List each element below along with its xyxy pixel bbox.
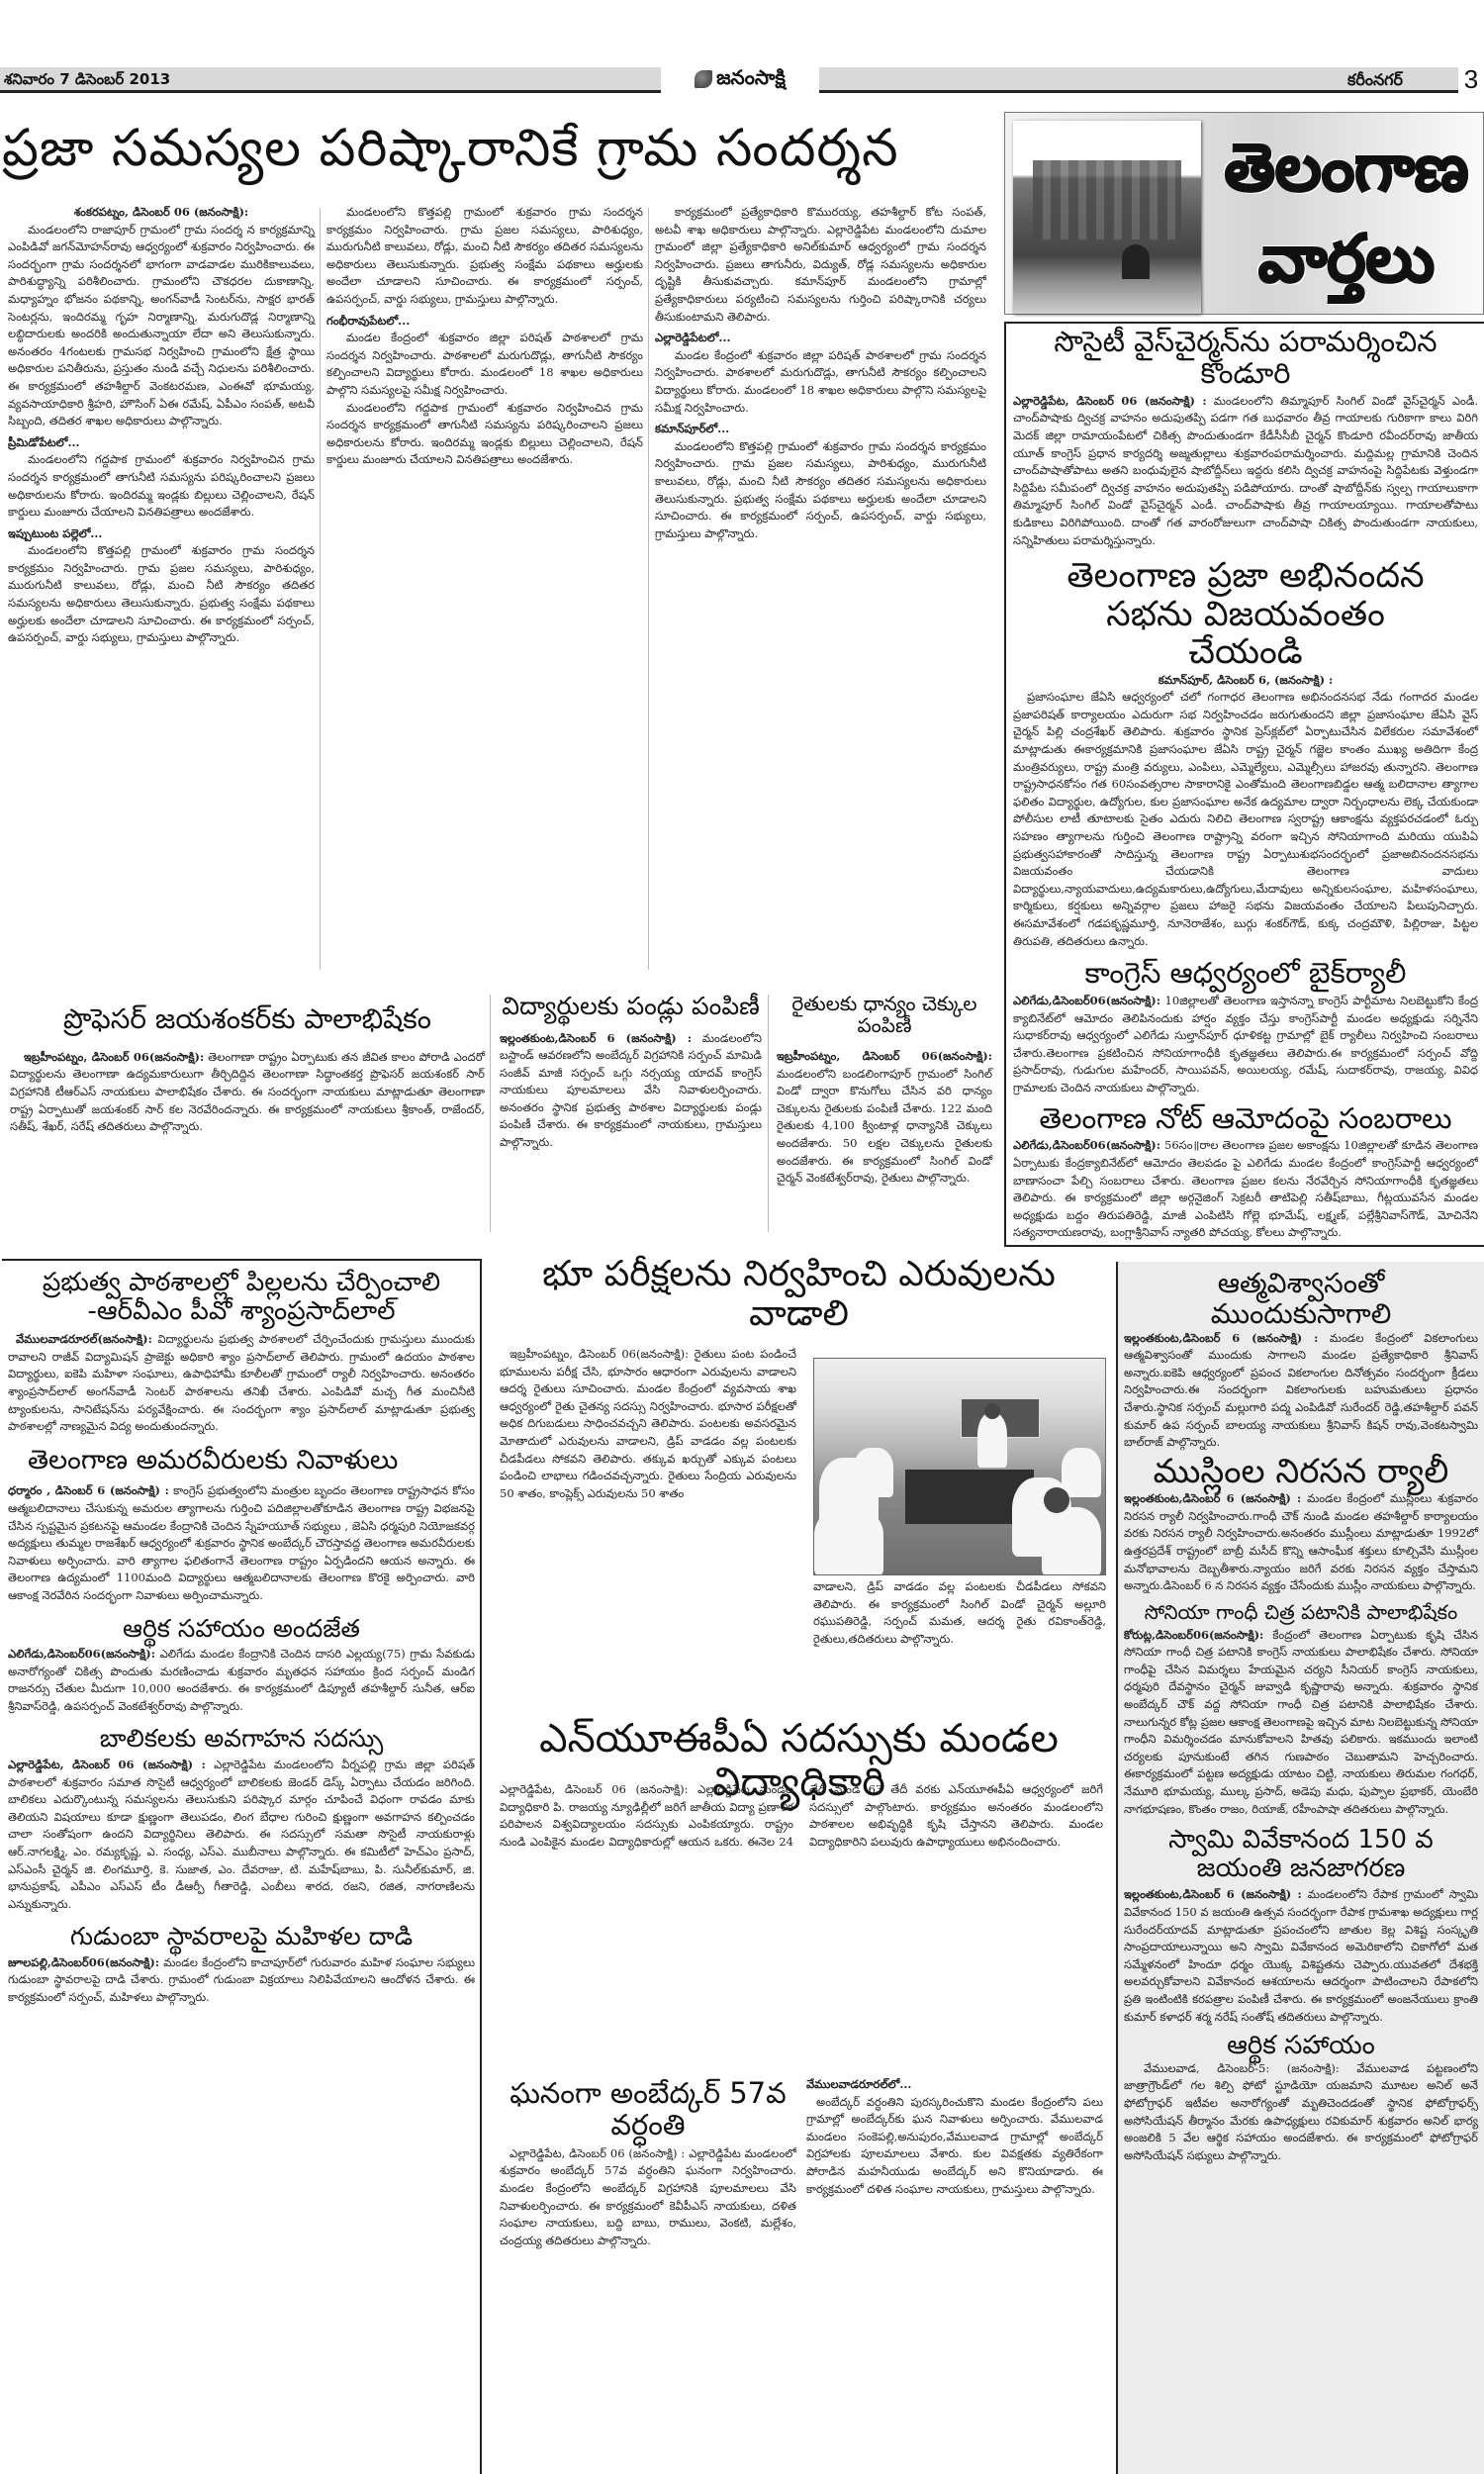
district-label: కరీంనగర్ [1347, 70, 1403, 93]
article-dateline: ఎల్లారెడ్డిపేట, డిసెంబర్ 06 (జనంసాక్షి) … [510, 2146, 685, 2160]
newspaper-logo: జనంసాక్షి [661, 61, 819, 97]
article-headline: తెలంగాణ ప్రజా అభినందన సభను విజయవంతం చేయం… [1013, 557, 1478, 672]
article-headline: బాలికలకు అవగాహన సదస్సు [8, 1725, 475, 1753]
soil-article-right: వాడాలని, డ్రిప్ వాడడం వల్ల పంటలకు చీడపీడ… [813, 1578, 1106, 1648]
article-body: మండల కేంద్రంలో ముస్లీంలు శుక్రవారం నిరసన… [1124, 1491, 1478, 1592]
column-rule [320, 208, 321, 970]
article-body: మండలంలోని రేపాక గ్రామంలో స్వామి వివేకానం… [1124, 1887, 1478, 2023]
article-headline: ప్రభుత్వ పాఠశాలల్లో పిల్లలను చేర్పించాలి [8, 1269, 475, 1297]
soil-article-left: ఇబ్రహీంపట్నం, డిసెంబర్ 06(జనంసాక్షి): రై… [500, 1346, 796, 1502]
column-rule [768, 995, 769, 1232]
article-body: మండలంలోని బస్టాండ్ ఆవరణలోని అంబేద్కర్ వి… [500, 1031, 762, 1150]
article-body: ప్రజాసంఘాల జేఏసి ఆధ్వర్యంలో చలో గంగాధర త… [1013, 689, 1478, 950]
article-body: మండల కేంద్రంలో వికలాంగులు ఆత్మవిశ్వాసంతో… [1124, 1331, 1478, 1450]
article-body: రైతులు పంట పండించే భూములను పరీక్ష చేసి, … [500, 1347, 796, 1500]
banner-title-line2: వార్తలు [1208, 214, 1484, 305]
lead-subhead-6: కమాన్‌పూర్‌లో... [655, 421, 986, 438]
lead-subhead-2: ఇప్పుటుంట పల్లెలో... [8, 525, 315, 543]
article-body: ఎల్లారెడ్డిపేట మండలంలోని వీర్నపల్లి గ్రా… [8, 1758, 475, 1911]
lead-subhead-5: ఎల్లారెడ్డిపేటలో... [655, 330, 986, 347]
article-dateline: ఎల్లారెడ్డిపేట, డిసెంబర్ 06 (జనంసాక్షి) … [8, 1758, 206, 1771]
article-dateline: ఇల్లంతకుంట,డిసెంబర్ 6 (జనంసాక్షి) : [1124, 1331, 1318, 1345]
article-dateline: వేములవాడరూరల్(జనంసాక్షి): [16, 1332, 152, 1346]
article-body: 56సం॥రాల తెలంగాణ ప్రజల అకాంక్షను 10జిల్ల… [1013, 1138, 1478, 1239]
banner-title-line1: తెలంగాణ [1208, 123, 1484, 214]
meeting-photo [813, 1358, 1106, 1575]
nuepa-article: ఎల్లారెడ్డిపేట, డిసెంబర్ 06 (జనంసాక్షి):… [500, 1781, 1103, 1851]
lead-body-3: మండలంలోని కొత్తపల్లి గ్రామంలో శుక్రవారం … [326, 204, 643, 309]
article-dateline: జూలపల్లి,డిసెంబర్06(జనంసాక్షి): [8, 1955, 159, 1969]
article-headline: ముస్లింల నిరసన ర్యాలీ [1124, 1454, 1478, 1490]
lead-dateline: శంకరపట్నం, డిసెంబర్ 06 (జనంసాక్షి): [8, 204, 315, 222]
column-rule [490, 995, 491, 1232]
article-dateline: ఇబ్రహీంపట్నం, డిసెంబర్ 06(జనంసాక్షి): [24, 1050, 204, 1064]
article-subhead: వేములవాడరూరల్‌లో... [806, 2076, 1103, 2094]
article-headline: ప్రొఫెసర్ జయశంకర్‌కు పాలాభిషేకం [10, 1004, 485, 1035]
lead-body-7: మండల కేంద్రంలో శుక్రవారం జిల్లా పరిషత్ ప… [655, 347, 986, 417]
article-headline: సొసైటీ వైస్‌చైర్మన్‌ను పరామర్శించిన కొండ… [1013, 327, 1478, 390]
article-dateline: ఎల్లారెడ్డిపేట, డిసెంబర్ 06 (జనంసాక్షి) … [1013, 394, 1207, 408]
article-dateline: ఎలిగేడు,డిసెంబర్06(జనంసాక్షి): [1013, 994, 1160, 1007]
jayashankar-article: ప్రొఫెసర్ జయశంకర్‌కు పాలాభిషేకం ఇబ్రహీంప… [10, 1004, 485, 1136]
article-dateline: ఎల్లారెడ్డిపేట, డిసెంబర్ 06 (జనంసాక్షి): [500, 1782, 689, 1796]
article-dateline: ఎలిగేడు,డిసెంబర్06(జనంసాక్షి): [8, 1647, 155, 1661]
article-headline: తెలంగాణ నోట్ ఆమోదంపై సంబరాలు [1013, 1103, 1478, 1135]
lead-body-1b: మండలంలోని గద్దపాక గ్రామంలో శుక్రవారం నిర… [8, 451, 315, 521]
article-body: మండలంలోని తిమ్మాపూర్ సింగిల్ విండో వైస్‌… [1013, 394, 1478, 547]
page-number: 3 [1458, 63, 1484, 95]
article-body: విద్యార్థులను ప్రభుత్వ పాఠశాలలో చేర్పించ… [8, 1332, 475, 1433]
lead-column-2: మండలంలోని కొత్తపల్లి గ్రామంలో శుక్రవారం … [326, 204, 643, 469]
article-dateline: ఇల్లంతకుంట,డిసెంబర్ 6 (జనంసాక్షి) : [1124, 1887, 1302, 1901]
lead-body-5: మండలంలోని గద్దపాక గ్రామంలో శుక్రవారం నిర… [326, 400, 643, 469]
article-headline: ఆర్థిక సహాయం అందజేత [8, 1615, 475, 1643]
fruits-article: విద్యార్థులకు పండ్లు పంపిణీ ఇల్లంతకుంట,డ… [500, 993, 762, 1152]
article-headline: ఘనంగా అంబేద్కర్ 57వ వర్ధంతి [500, 2078, 796, 2141]
article-headline: ఆత్మవిశ్వాసంతో ముందుకుసాగాలి [1124, 1269, 1478, 1330]
lead-body-6: కార్యక్రమంలో ప్రత్యేకాధికారి కొమురయ్య, త… [655, 204, 986, 326]
lead-body-8: మండలంలోని కొత్తపల్లి గ్రామంలో శుక్రవారం … [655, 438, 986, 543]
article-headline: స్వామి వివేకానంద 150 వ జయంతి జనజాగరణ [1124, 1826, 1478, 1882]
article-body: ఎల్లారెడ్డిపేట మండలంలో శుక్రవారం అంబేద్క… [500, 2146, 796, 2247]
banner-title: తెలంగాణ వార్తలు [1208, 123, 1484, 305]
lead-headline: ప్రజా సమస్యల పరిష్కారానికే గ్రామ సందర్శన [2, 121, 991, 177]
column-rule [648, 208, 649, 970]
grain-cheques-article: రైతులకు ధాన్యం చెక్కుల పంపిణీ ఇబ్రహీంపట్… [777, 993, 992, 1188]
right-box-content: సొసైటీ వైస్‌చైర్మన్‌ను పరామర్శించిన కొండ… [1013, 327, 1478, 1242]
article-body: అంబేద్కర్ వర్ధంతిని పురస్కరించుకొని మండల… [806, 2094, 1103, 2199]
article-body: వాడాలని, డ్రిప్ వాడడం వల్ల పంటలకు చీడపీడ… [813, 1578, 1106, 1648]
article-headline: సోనియా గాంధీ చిత్ర పటానికి పాలాభిషేకం [1124, 1601, 1478, 1623]
article-dateline: ఇల్లంతకుంట,డిసెంబర్ 6 (జనంసాక్షి) : [500, 1031, 692, 1045]
page-masthead: శనివారం 7 డిసెంబర్ 2013 జనంసాక్షి కరీంనగ… [0, 0, 1484, 99]
article-body: కాంగ్రెస్ ప్రభుత్వంలోని మంత్రుల బృందం తె… [8, 1483, 475, 1602]
soil-headline: భూ పరీక్షలను నిర్వహించి ఎరువులను వాడాలి [490, 1255, 1108, 1333]
lead-body-2: మండలంలోని కొత్తపల్లి గ్రామంలో శుక్రవారం … [8, 542, 315, 647]
lead-column-3: కార్యక్రమంలో ప్రత్యేకాధికారి కొమురయ్య, త… [655, 204, 986, 542]
article-dateline: కమాన్‌పూర్, డిసెంబర్ 6, (జనంసాక్షి) : [1013, 672, 1478, 690]
article-headline: రైతులకు ధాన్యం చెక్కుల పంపిణీ [777, 993, 992, 1036]
article-dateline: వేములవాడ, డిసెంబర్-5: (జనంసాక్షి): [1144, 2061, 1340, 2075]
ambedkar-article-left: ఘనంగా అంబేద్కర్ 57వ వర్ధంతి ఎల్లారెడ్డిప… [500, 2078, 796, 2249]
article-dateline: ధర్మారం , డిసెంబర్ 6 (జనంసాక్షి) : [8, 1483, 169, 1497]
article-headline: గుడుంబా స్థావరాలపై మహిళల దాడి [8, 1923, 475, 1951]
article-dateline: ఇబ్రహీంపట్నం, డిసెంబర్ 06(జనంసాక్షి): [510, 1347, 689, 1361]
article-dateline: కోరుట్ల,డిసెంబర్06(జనంసాక్షి): [1124, 1628, 1263, 1642]
logo-leaf-icon [695, 70, 712, 88]
ambedkar-article-right: వేములవాడరూరల్‌లో... అంబేద్కర్ వర్ధంతిని … [806, 2076, 1103, 2198]
fort-photo [1013, 121, 1201, 314]
lead-body-1: మండలంలోని రాజాపూర్ గ్రామంలో గ్రామ సందర్శ… [8, 222, 315, 430]
article-dateline: ఇబ్రహీంపట్నం, డిసెంబర్ 06(జనంసాక్షి): [777, 1049, 992, 1063]
issue-date: శనివారం 7 డిసెంబర్ 2013 [4, 70, 170, 92]
article-body: కేంద్రంలో తెలంగాణ ఏర్పాటుకు కృషి చేసిన స… [1124, 1628, 1478, 1816]
article-body: వేములవాడ పట్టణంలోని జాత్రాగ్రౌండ్‌లో గల … [1124, 2061, 1478, 2162]
article-headline: ఆర్థిక సహాయం [1124, 2032, 1478, 2060]
article-headline: తెలంగాణ అమరవీరులకు నివాళులు [8, 1446, 475, 1475]
lead-body-4: మండల కేంద్రంలో శుక్రవారం జిల్లా పరిషత్ ప… [326, 330, 643, 399]
lead-column-1: శంకరపట్నం, డిసెంబర్ 06 (జనంసాక్షి): మండల… [8, 204, 315, 647]
right-shaded-content: ఆత్మవిశ్వాసంతో ముందుకుసాగాలి ఇల్లంతకుంట,… [1124, 1269, 1478, 2164]
lead-subhead-3: గంభీరావుపేటలో... [326, 313, 643, 331]
article-body: మండలంలోని బండలింగాపూర్ గ్రామంలో సింగిల్ … [777, 1067, 992, 1186]
article-body: 10జిల్లాలతో తెలంగాణ ఇస్తానన్నా కాంగ్రెస్… [1013, 994, 1478, 1094]
article-headline: విద్యార్థులకు పండ్లు పంపిణీ [500, 993, 762, 1020]
article-headline: కాంగ్రెస్ ఆధ్వర్యంలో బైక్‌ర్యాలీ [1013, 958, 1478, 990]
telangana-news-banner: తెలంగాణ వార్తలు [1004, 112, 1484, 315]
logo-text: జనంసాక్షి [716, 65, 786, 94]
article-subheadline: -ఆర్‌వీఎం పీవో శ్యాంప్రసాద్‌లాల్ [8, 1297, 475, 1326]
left-box-content: ప్రభుత్వ పాఠశాలల్లో పిల్లలను చేర్పించాలి… [8, 1269, 475, 2007]
article-dateline: ఎలిగేడు,డిసెంబర్06(జనంసాక్షి): [1013, 1138, 1160, 1152]
article-dateline: ఇల్లంతకుంట,డిసెంబర్ 6 (జనంసాక్షి) : [1124, 1491, 1301, 1505]
lead-subhead-1: ప్రీమిడోపేటలో... [8, 434, 315, 452]
